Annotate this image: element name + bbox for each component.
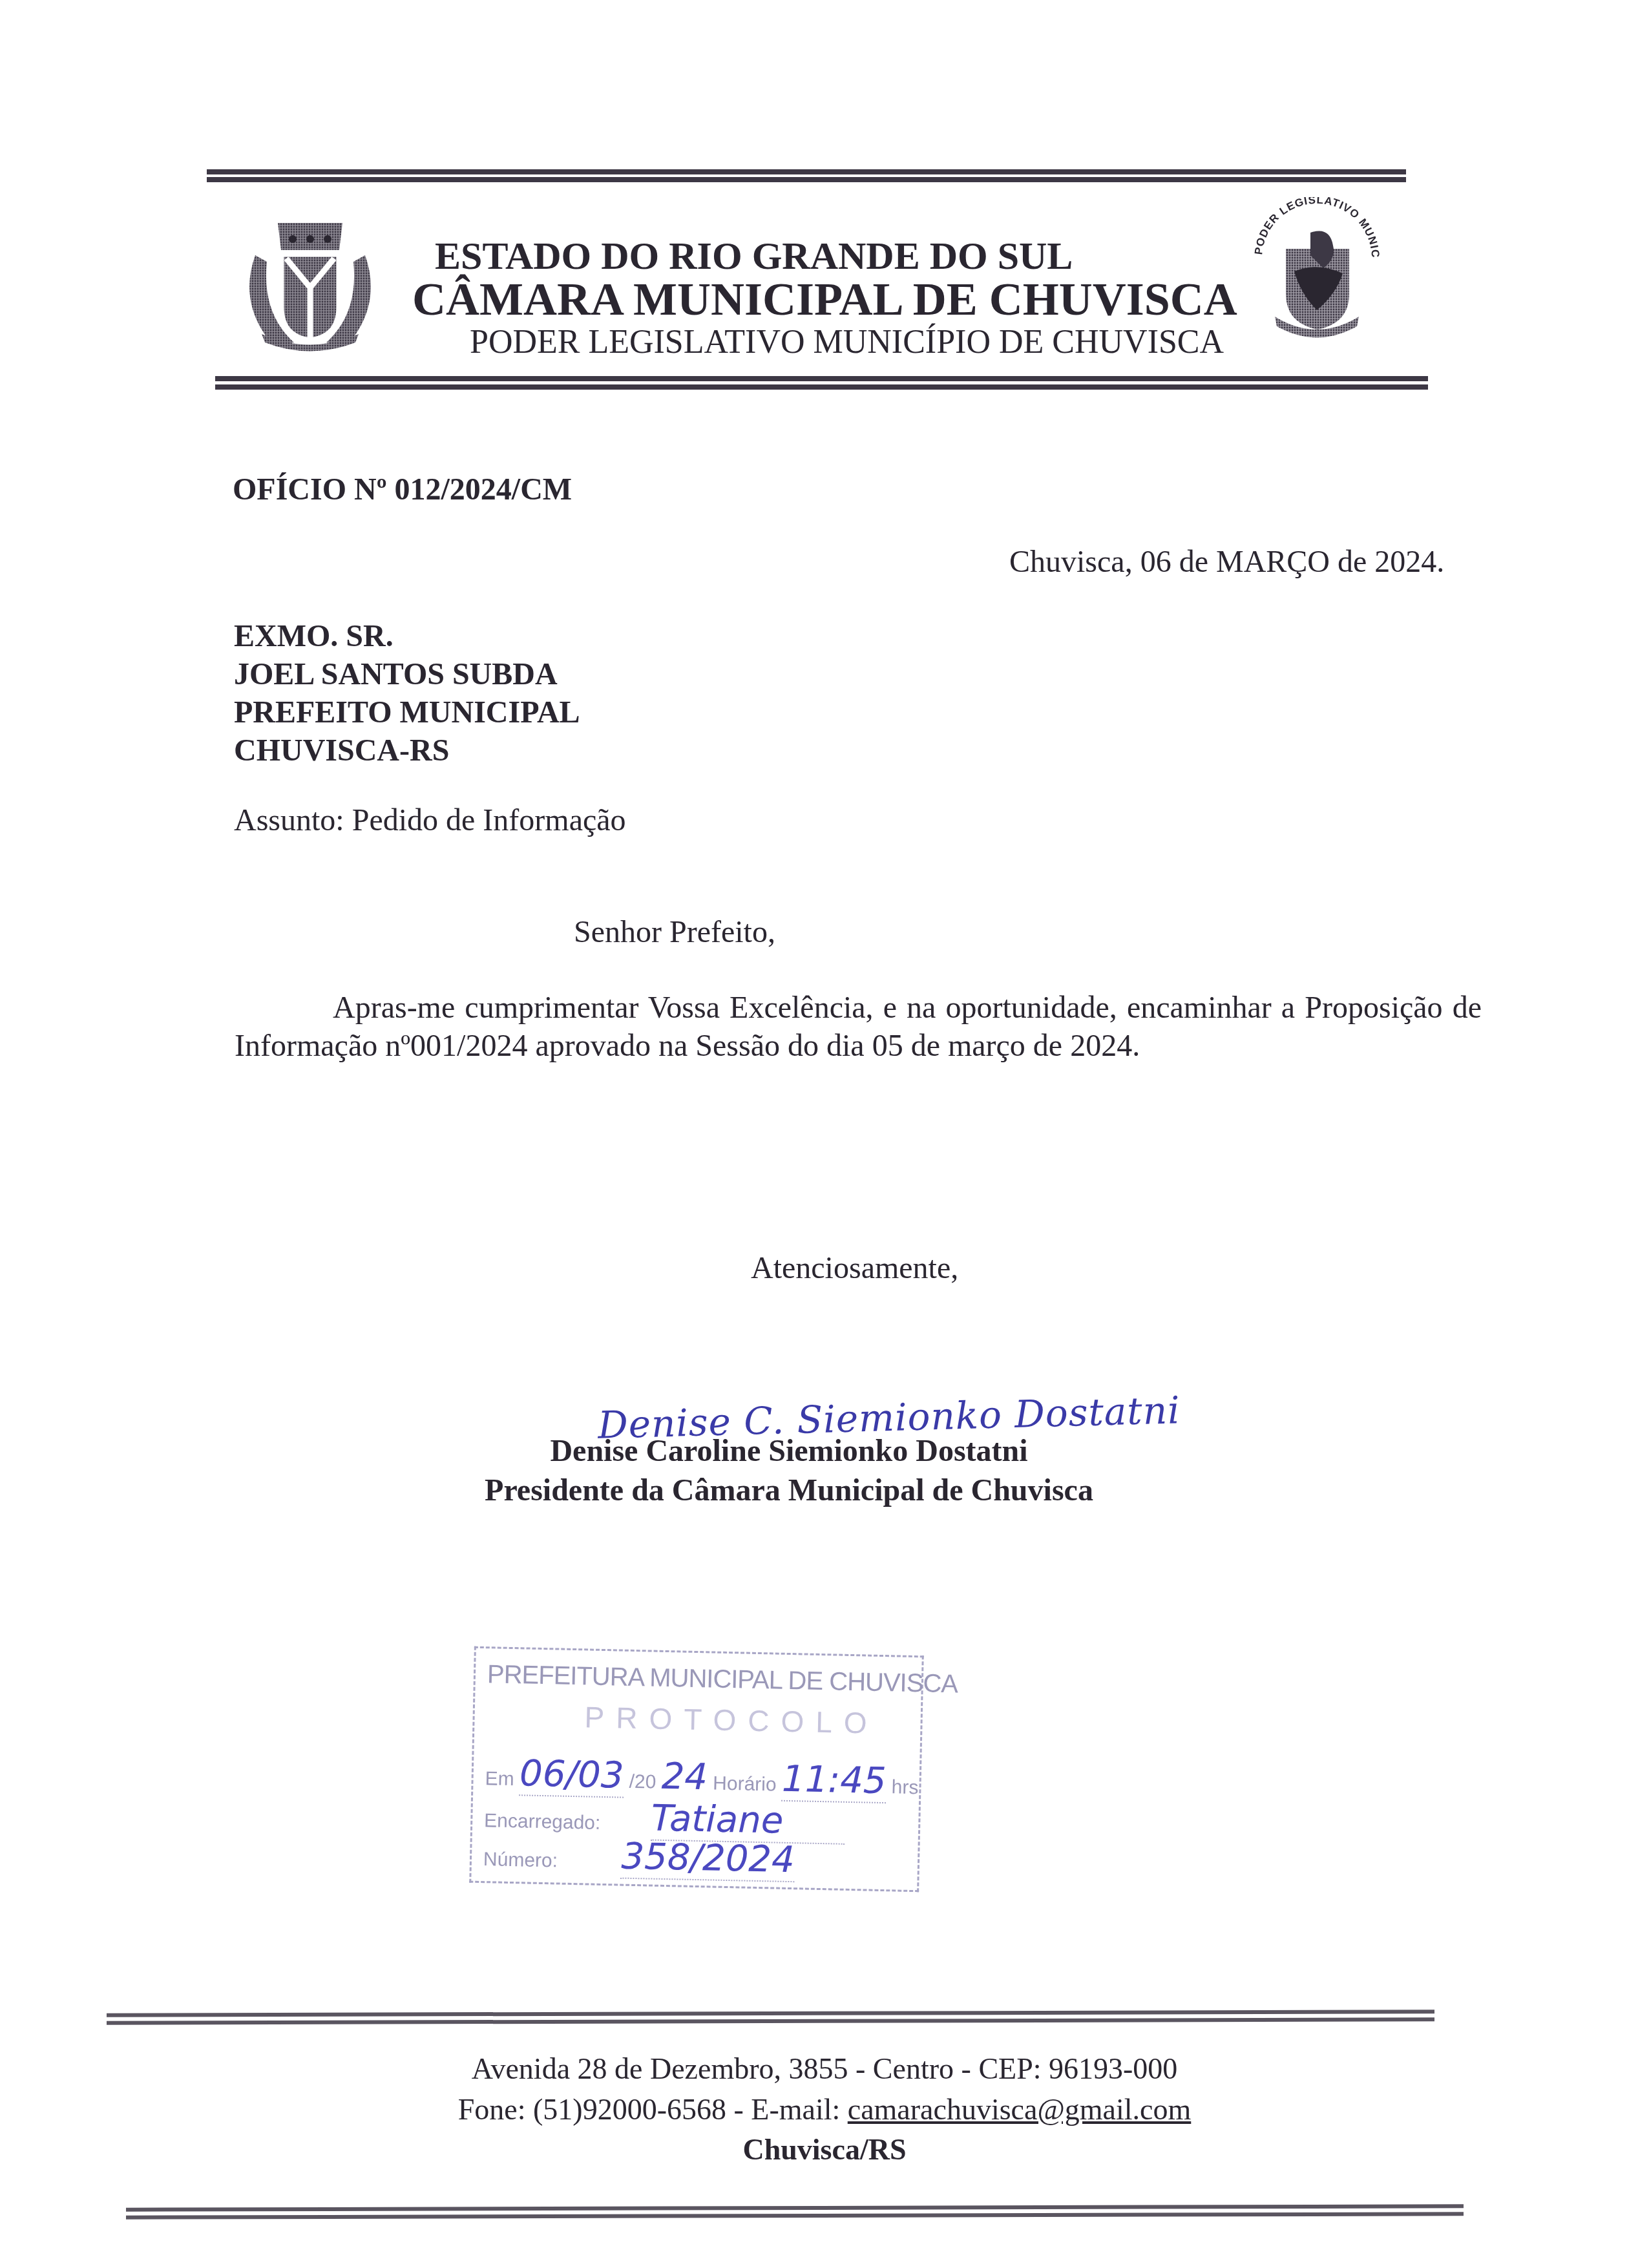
letter-body: Apras-me cumprimentar Vossa Excelência, … [235,989,1482,1065]
stamp-year-value: 24 [661,1756,708,1798]
letter-closing: Atenciosamente, [751,1250,958,1286]
recipient-line: JOEL SANTOS SUBDA [234,655,580,693]
letter-reference: OFÍCIO Nº 012/2024/CM [233,472,572,507]
footer-contact: Fone: (51)92000-6568 - E-mail: camarachu… [0,2092,1649,2126]
footer-address: Avenida 28 de Dezembro, 3855 - Centro - … [0,2052,1649,2086]
header-subtitle: PODER LEGISLATIVO MUNICÍPIO DE CHUVISCA [470,323,1224,361]
header-bottom-rule-2 [215,384,1428,390]
header-top-rule-2 [207,177,1406,182]
footer-top-rule-1 [107,2010,1434,2017]
header-top-rule-1 [207,169,1406,174]
footer-bottom-rule-1 [126,2204,1464,2211]
recipient-line: CHUVISCA-RS [234,731,580,770]
footer-top-rule-2 [107,2017,1434,2024]
recipient-block: EXMO. SR. JOEL SANTOS SUBDA PREFEITO MUN… [234,617,580,770]
stamp-received-label: Encarregado: [484,1810,601,1834]
signer-role: Presidente da Câmara Municipal de Chuvis… [0,1473,1613,1508]
stamp-time-label: Horário [713,1773,777,1796]
signer-block: Denise Caroline Siemionko Dostatni Presi… [0,1433,1649,1508]
body-paragraph: Apras-me cumprimentar Vossa Excelência, … [235,989,1482,1065]
stamp-number-label: Número: [483,1849,558,1871]
header-chamber-name: CÂMARA MUNICIPAL DE CHUVISCA [412,273,1237,326]
header-bottom-rule-1 [215,376,1428,381]
stamp-time-value: 11:45 [781,1758,887,1803]
stamp-label: PROTOCOLO [584,1699,879,1741]
footer-phone: Fone: (51)92000-6568 - E-mail: [458,2093,848,2126]
recipient-line: PREFEITO MUNICIPAL [234,693,580,731]
letter-salutation: Senhor Prefeito, [574,914,775,950]
letter-date: Chuvisca, 06 de MARÇO de 2024. [1009,544,1444,580]
stamp-date-label: Em [485,1768,514,1790]
protocol-stamp: PREFEITURA MUNICIPAL DE CHUVISCA PROTOCO… [469,1646,924,1892]
footer-email-link[interactable]: camarachuvisca@gmail.com [848,2093,1192,2126]
recipient-line: EXMO. SR. [234,617,580,655]
municipal-coat-of-arms-icon [236,210,384,352]
stamp-date-value: 06/03 [519,1752,624,1798]
stamp-time-suffix: hrs [891,1776,918,1798]
stamp-year-prefix: /20 [629,1771,656,1793]
footer-city: Chuvisca/RS [0,2132,1649,2167]
letter-subject: Assunto: Pedido de Informação [234,803,626,838]
signer-name: Denise Caroline Siemionko Dostatni [0,1433,1613,1469]
stamp-title: PREFEITURA MUNICIPAL DE CHUVISCA [487,1660,958,1699]
legislative-seal-icon: PODER LEGISLATIVO MUNICIPAL [1239,197,1394,346]
stamp-number-value: 358/2024 [621,1836,795,1883]
header-state-name: ESTADO DO RIO GRANDE DO SUL [435,234,1073,278]
stamp-number-row: Número: 358/2024 [483,1832,795,1882]
footer-bottom-rule-2 [126,2212,1464,2219]
